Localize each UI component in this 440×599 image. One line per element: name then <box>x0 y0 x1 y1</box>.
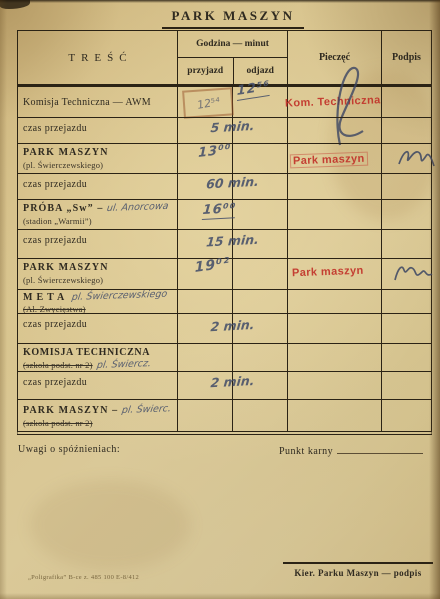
table-row-czas-przejazdu: czas przejazdu 2 min. <box>18 313 431 343</box>
row-label: META <box>23 292 68 303</box>
table-row-komisja-techniczna: KOMISJA TECHNICZNA (szkoła podst. nr 2)p… <box>18 343 431 371</box>
handwritten-annotation: pl. Świercz. <box>96 359 152 371</box>
handwritten-annotation: pl. Świerc. <box>121 404 172 416</box>
table-row-park-maszyn-3: PARK MASZYN –pl. Świerc. (szkoła podst. … <box>18 399 431 431</box>
remarks-label: Uwagi o spóźnieniach: <box>18 444 120 455</box>
row-sublabel-struck: (szkoła podst. nr 2) <box>23 418 93 428</box>
row-label: Komisja Techniczna — AWM <box>23 97 151 108</box>
row-label: czas przejazdu <box>18 230 177 258</box>
stamp-park-maszyn: Park maszyn <box>290 152 368 169</box>
form-title-wrap: PARK MASZYN <box>13 7 440 29</box>
table-row-czas-przejazdu: czas przejazdu 2 min. <box>18 371 431 399</box>
scan-edge-top <box>0 0 440 3</box>
header-godzina-group: Godzina — minut przyjazd odjazd <box>177 31 287 84</box>
row-label: PARK MASZYN – <box>23 405 118 416</box>
time-stamp-imprint: 12⁵⁴ <box>182 87 234 118</box>
header-podpis: Podpis <box>381 31 431 84</box>
table-row-czas-przejazdu: czas przejazdu 60 min. <box>18 173 431 199</box>
handwritten-annotation: ul. Anorcowa <box>106 202 169 215</box>
row-label: PARK MASZYN <box>23 147 109 158</box>
header-godzina: Godzina — minut <box>178 31 287 58</box>
row-sublabel-struck: (szkoła podst. nr 2) <box>23 360 93 370</box>
table-row-meta: METApl. Świerczewskiego (Al. Zwycięstwa) <box>18 289 431 313</box>
table-row-proba-sw: PRÓBA „Sw” –ul. Anorcowa (stadion „Warmi… <box>18 199 431 229</box>
row-sublabel-struck: (Al. Zwycięstwa) <box>23 304 86 314</box>
signature-scribble <box>392 260 434 286</box>
row-sublabel: (pl. Świerczewskiego) <box>23 275 103 285</box>
signature-caption: Kier. Parku Maszyn — podpis <box>283 568 433 578</box>
penalty-field: Punkt karny <box>279 444 423 457</box>
scan-edge-right <box>429 0 440 599</box>
table-row-czas-przejazdu: czas przejazdu 15 min. <box>18 229 431 258</box>
penalty-blank-line <box>337 444 423 454</box>
row-label: czas przejazdu <box>18 174 177 199</box>
handwritten-time-przyjazd: 16⁰⁰ <box>202 201 237 218</box>
handwritten-time-przyjazd: 12⁵⁴ <box>196 95 221 112</box>
form-title: PARK MASZYN <box>162 8 305 29</box>
control-card-table: TREŚĆ Godzina — minut przyjazd odjazd Pi… <box>17 30 432 435</box>
row-sublabel: (stadion „Warmii”) <box>23 216 92 226</box>
header-tresc: TREŚĆ <box>18 31 177 84</box>
row-label: czas przejazdu <box>18 372 177 399</box>
scanned-form-page: PARK MASZYN TREŚĆ Godzina — minut przyja… <box>0 0 440 599</box>
print-code: „Poligrafika” B-ce z. 485 100 E-8/412 <box>28 574 139 581</box>
signature-rule <box>283 562 433 566</box>
table-row-komisja-awm: Komisja Techniczna — AWM 12⁵⁴ 12⁵⁶ Kom. … <box>18 86 431 117</box>
manager-signature-block: Kier. Parku Maszyn — podpis <box>283 562 433 578</box>
row-label: KOMISJA TECHNICZNA <box>23 347 150 358</box>
row-label: PARK MASZYN <box>23 262 109 273</box>
scan-edge-bottom <box>0 593 440 599</box>
row-label: PRÓBA „Sw” – <box>23 203 103 214</box>
table-row-czas-przejazdu: czas przejazdu 5 min. <box>18 117 431 143</box>
row-label: czas przejazdu <box>18 314 177 343</box>
stamp-park-maszyn: Park maszyn <box>292 265 364 279</box>
row-label: czas przejazdu <box>18 118 177 143</box>
penalty-label: Punkt karny <box>279 446 333 457</box>
table-row-park-maszyn-2: PARK MASZYN (pl. Świerczewskiego) 19⁰² P… <box>18 258 431 289</box>
row-sublabel: (pl. Świerczewskiego) <box>23 160 103 170</box>
header-przyjazd: przyjazd <box>178 58 233 84</box>
table-row-park-maszyn-1: PARK MASZYN (pl. Świerczewskiego) 13⁰⁰ P… <box>18 143 431 173</box>
paper-stain <box>30 480 190 570</box>
scan-edge-left <box>0 0 7 599</box>
handwritten-annotation: pl. Świerczewskiego <box>71 290 168 303</box>
